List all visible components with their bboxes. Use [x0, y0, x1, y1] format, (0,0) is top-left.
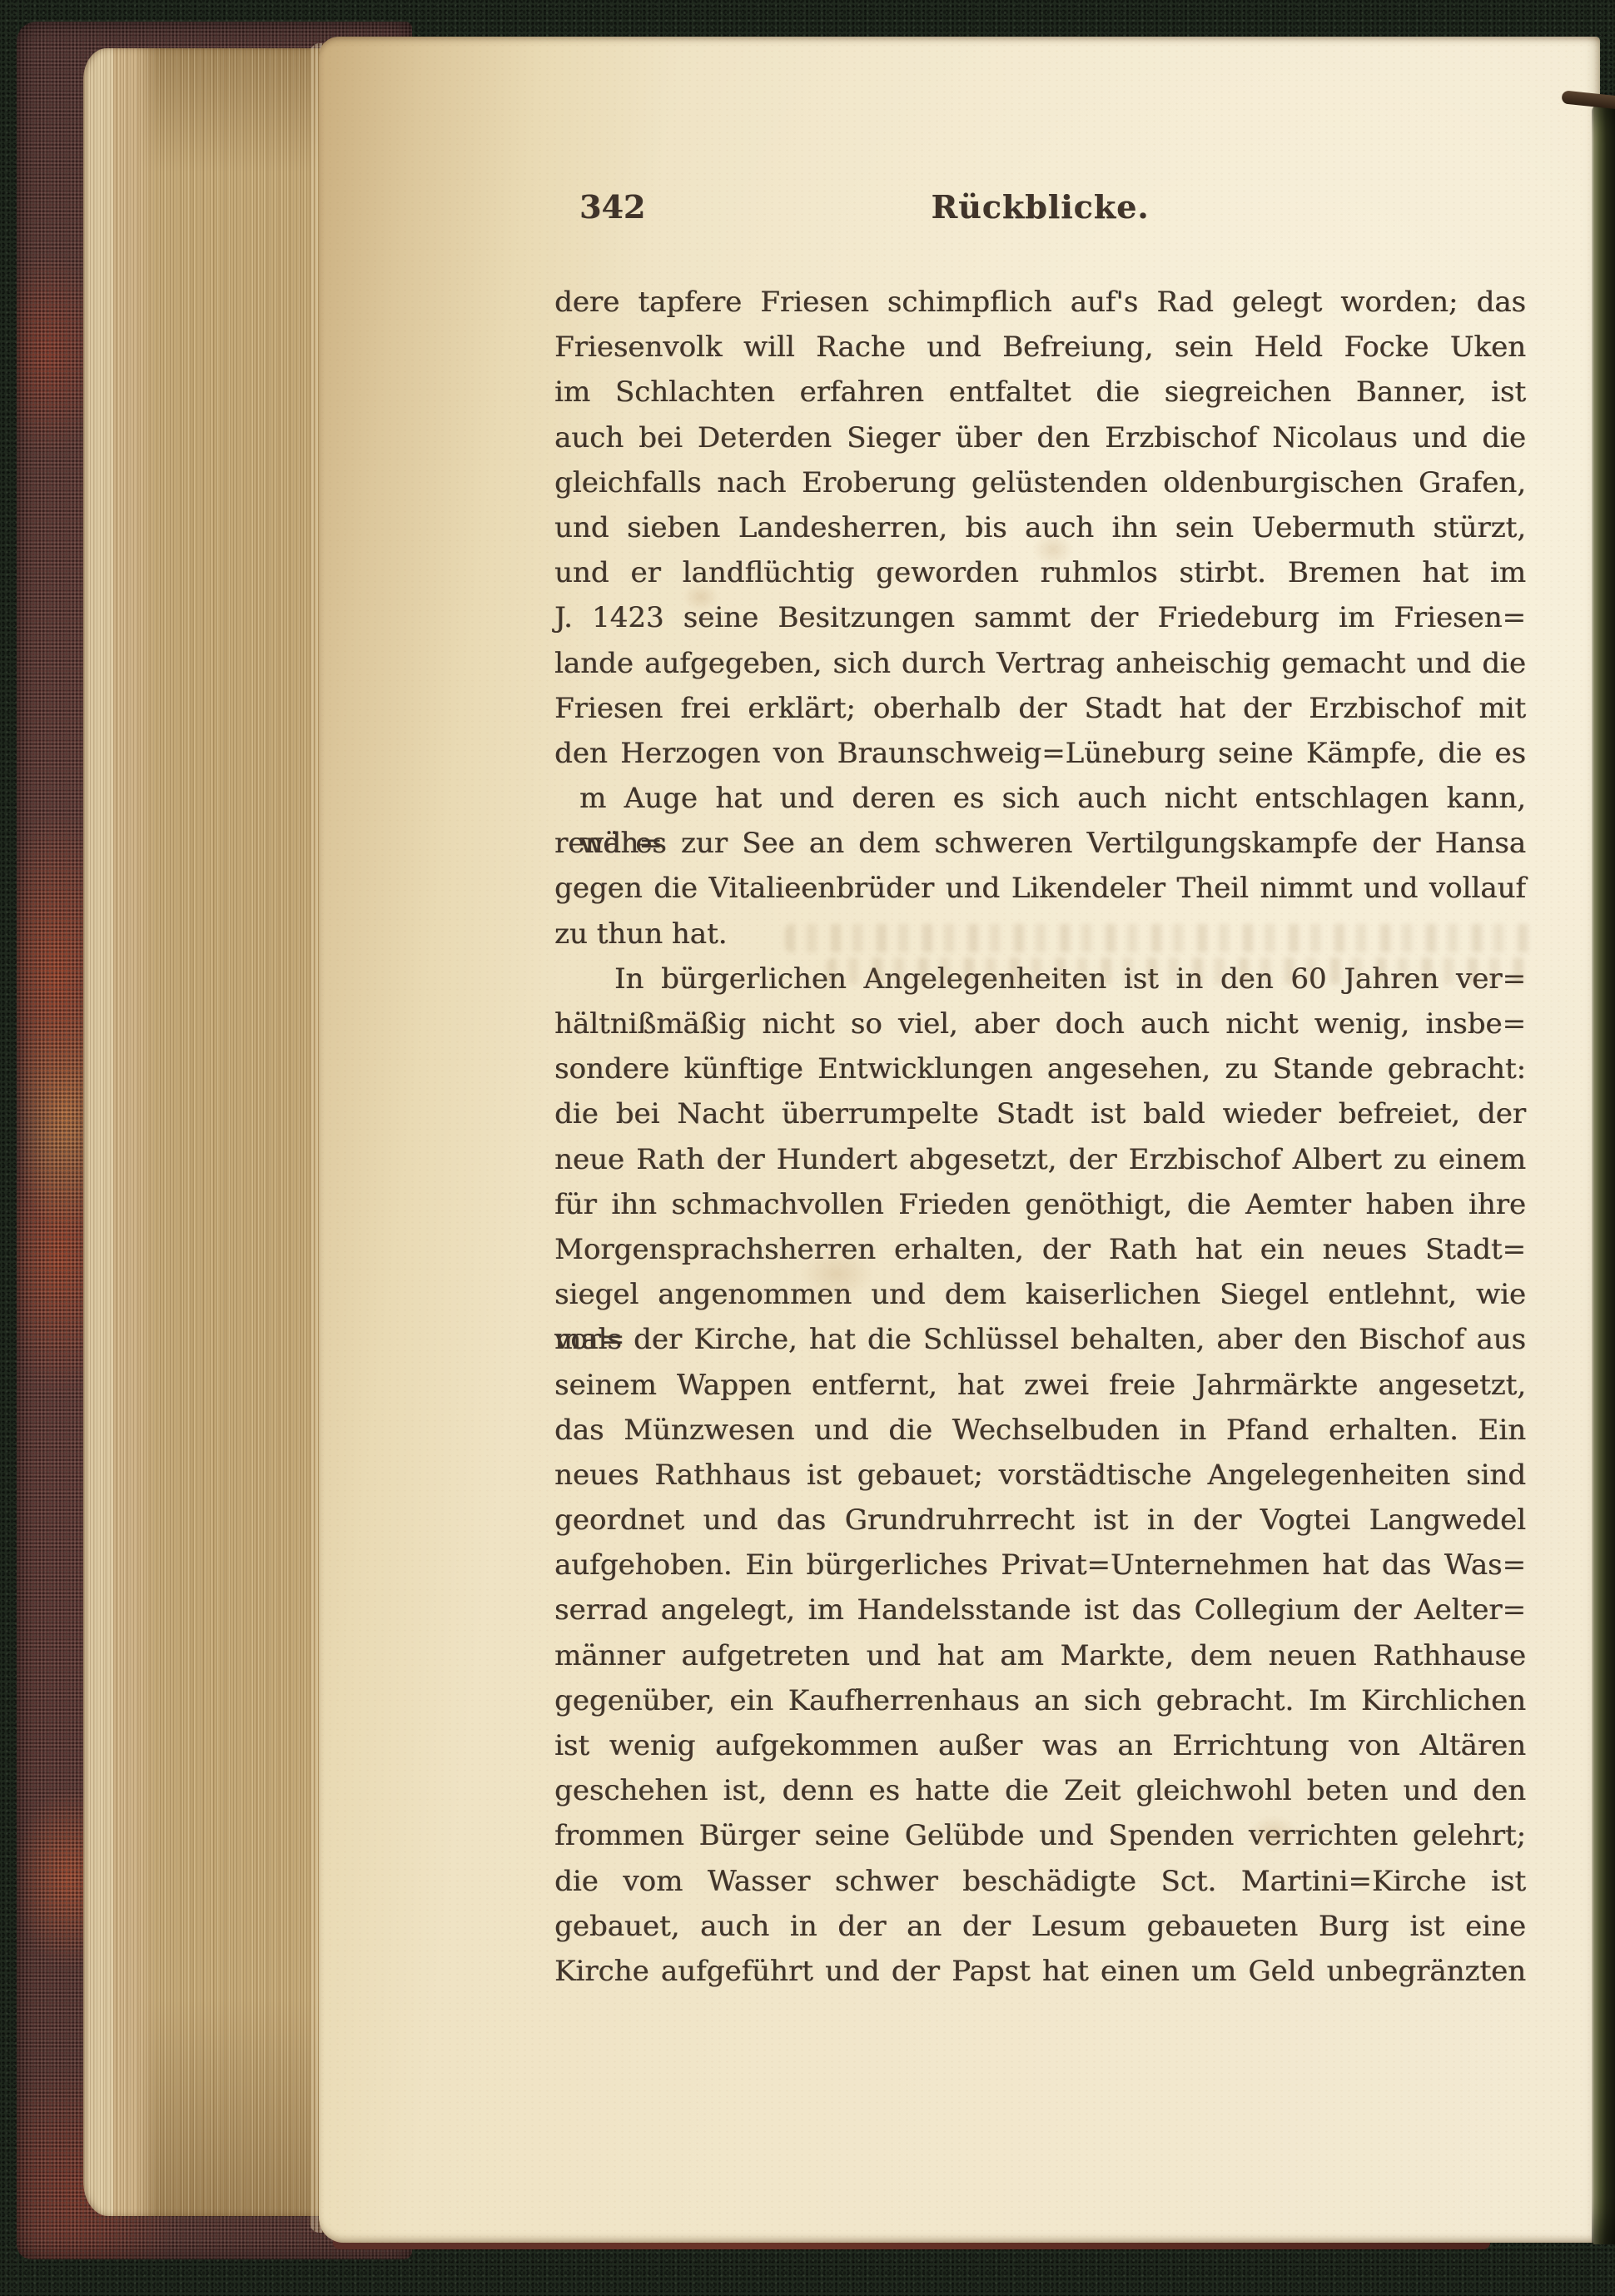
text-line: geordnet und das Grundruhrrecht ist in d…	[554, 1498, 1526, 1543]
text-line: aufgehoben. Ein bürgerliches Privat=Unte…	[554, 1543, 1526, 1588]
text-line: neue Rath der Hundert abgesetzt, der Erz…	[554, 1137, 1526, 1182]
text-line: geschehen ist, denn es hatte die Zeit gl…	[554, 1768, 1526, 1813]
text-line: hältnißmäßig nicht so viel, aber doch au…	[554, 1001, 1526, 1046]
text-line: neues Rathhaus ist gebauet; vorstädtisch…	[554, 1453, 1526, 1498]
scan-background: 342 Rückblicke. dere tapfere Friesen sch…	[0, 0, 1615, 2296]
text-line: für ihn schmachvollen Frieden genöthigt,…	[554, 1182, 1526, 1227]
text-line: den Herzogen von Braunschweig=Lüneburg s…	[554, 731, 1526, 776]
gutter-shadow-band	[1592, 105, 1615, 2244]
text-line: Morgensprachsherren erhalten, der Rath h…	[554, 1227, 1526, 1272]
running-head: 342 Rückblicke.	[554, 188, 1526, 228]
text-line: zu thun hat.	[554, 912, 1526, 957]
text-line: das Münzwesen und die Wechselbuden in Pf…	[554, 1408, 1526, 1453]
text-line: gegenüber, ein Kaufherrenhaus an sich ge…	[554, 1678, 1526, 1723]
running-header: Rückblicke.	[554, 188, 1526, 226]
text-line: m Auge hat und deren es sich auch nicht …	[554, 776, 1526, 821]
text-line: dere tapfere Friesen schimpflich auf's R…	[554, 280, 1526, 325]
text-line: Friesenvolk will Rache und Befreiung, se…	[554, 325, 1526, 370]
page-edge-stack	[83, 48, 343, 2216]
text-line: männer aufgetreten und hat am Markte, de…	[554, 1633, 1526, 1678]
text-line: mals der Kirche, hat die Schlüssel behal…	[554, 1317, 1526, 1362]
book-page: 342 Rückblicke. dere tapfere Friesen sch…	[319, 37, 1600, 2243]
text-line: Kirche aufgeführt und der Papst hat eine…	[554, 1949, 1526, 1994]
text-line: die vom Wasser schwer beschädigte Sct. M…	[554, 1859, 1526, 1904]
text-line: auch bei Deterden Sieger über den Erzbis…	[554, 415, 1526, 460]
text-line: gebauet, auch in der an der Lesum gebaue…	[554, 1904, 1526, 1949]
text-line: Friesen frei erklärt; oberhalb der Stadt…	[554, 686, 1526, 731]
text-line: im Schlachten erfahren entfaltet die sie…	[554, 370, 1526, 415]
text-line: lande aufgegeben, sich durch Vertrag anh…	[554, 641, 1526, 686]
text-line: und er landflüchtig geworden ruhmlos sti…	[554, 550, 1526, 595]
text-line: frommen Bürger seine Gelübde und Spenden…	[554, 1813, 1526, 1858]
text-line: J. 1423 seine Besitzungen sammt der Frie…	[554, 595, 1526, 640]
text-line: rend es zur See an dem schweren Vertilgu…	[554, 821, 1526, 866]
text-block: dere tapfere Friesen schimpflich auf's R…	[554, 280, 1526, 1994]
text-line: In bürgerlichen Angelegenheiten ist in d…	[554, 957, 1526, 1001]
text-line: siegel angenommen und dem kaiserlichen S…	[554, 1272, 1526, 1317]
text-line: sondere künftige Entwicklungen angesehen…	[554, 1046, 1526, 1091]
text-line: serrad angelegt, im Handelsstande ist da…	[554, 1588, 1526, 1633]
text-line: ist wenig aufgekommen außer was an Erric…	[554, 1723, 1526, 1768]
text-line: und sieben Landesherren, bis auch ihn se…	[554, 505, 1526, 550]
text-line: seinem Wappen entfernt, hat zwei freie J…	[554, 1363, 1526, 1408]
text-line: gegen die Vitalieenbrüder und Likendeler…	[554, 866, 1526, 911]
text-line: die bei Nacht überrumpelte Stadt ist bal…	[554, 1091, 1526, 1136]
text-line: gleichfalls nach Eroberung gelüstenden o…	[554, 460, 1526, 505]
